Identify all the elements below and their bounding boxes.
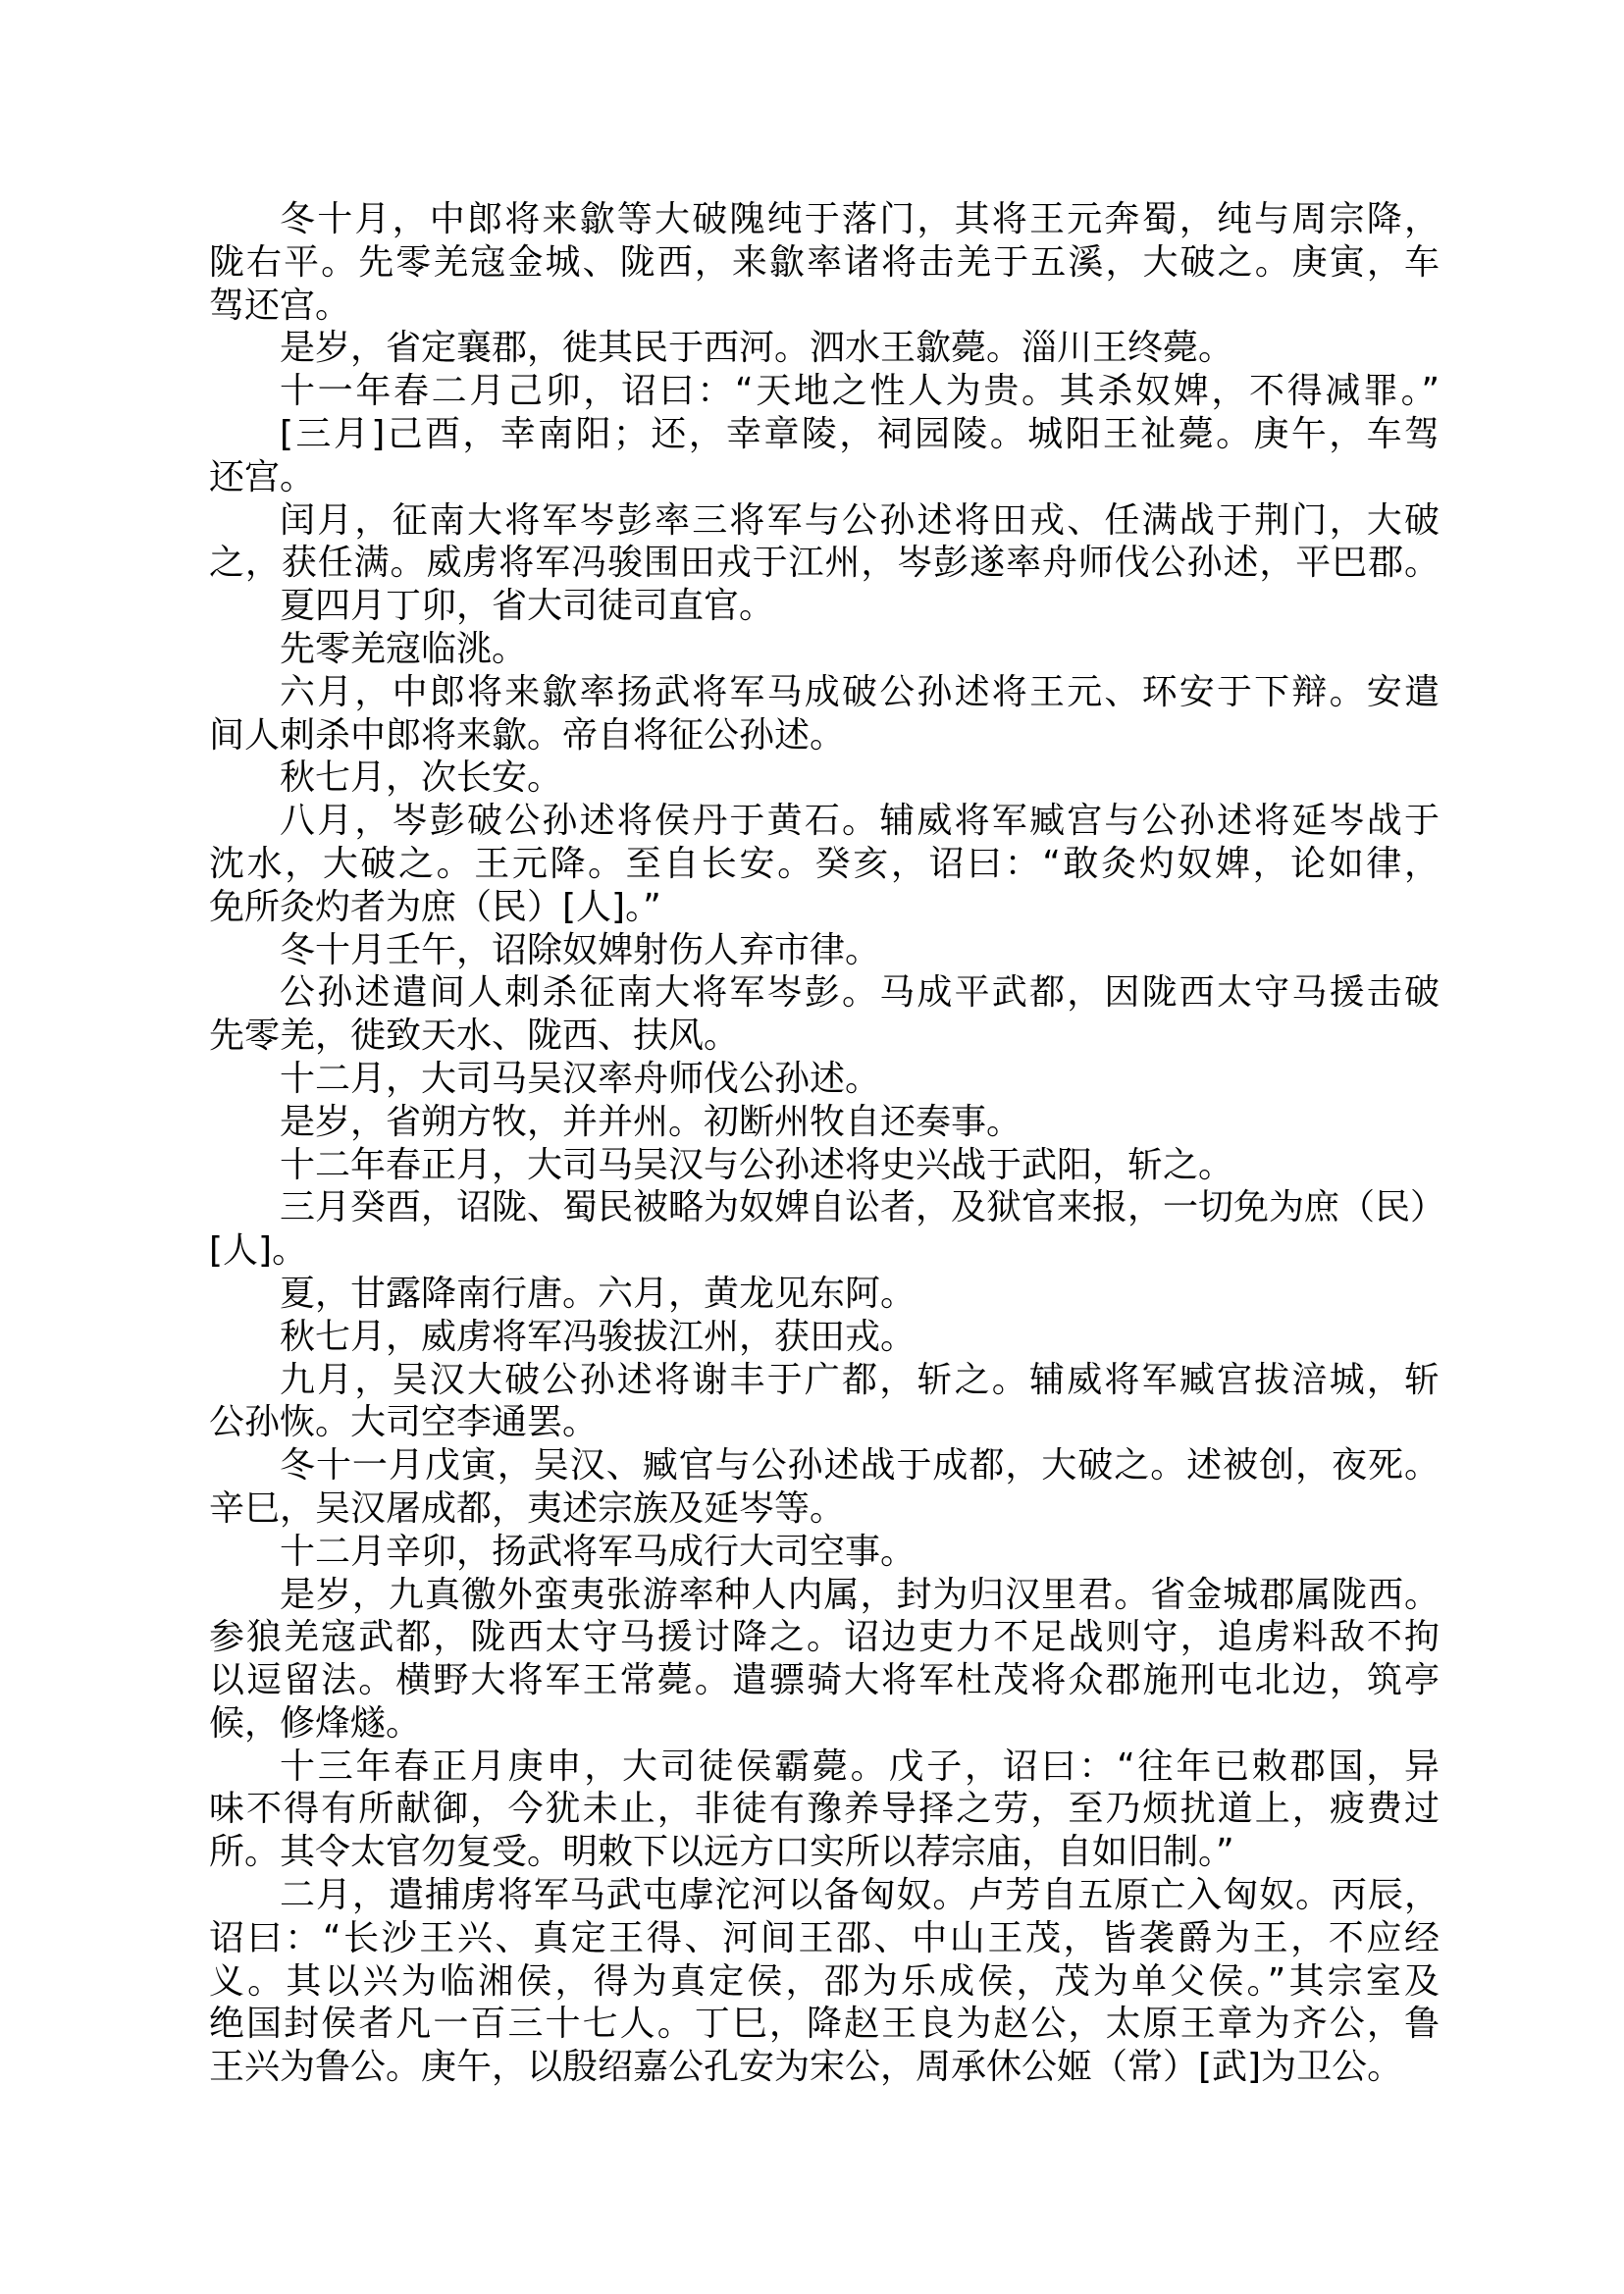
- text-line: 义。其以兴为临湘侯，得为真定侯，邵为乐成侯，茂为单父侯。”其宗室及: [209, 1960, 1440, 2004]
- text-line: 冬十月，中郎将来歙等大破隗纯于落门，其将王元奔蜀，纯与周宗降，: [209, 198, 1440, 241]
- text-line: 陇右平。先零羌寇金城、陇西，来歙率诸将击羌于五溪，大破之。庚寅，车: [209, 241, 1440, 285]
- text-line: 是岁，省朔方牧，并并州。初断州牧自还奏事。: [209, 1101, 1440, 1144]
- text-line: 闰月，征南大将军岑彭率三将军与公孙述将田戎、任满战于荆门，大破: [209, 499, 1440, 543]
- text-line: [三月]己酉，幸南阳；还，幸章陵，祠园陵。城阳王祉薨。庚午，车驾: [209, 413, 1440, 456]
- text-line: 十二年春正月，大司马吴汉与公孙述将史兴战于武阳，斩之。: [209, 1144, 1440, 1187]
- text-line: 秋七月，次长安。: [209, 756, 1440, 800]
- text-line: 以逗留法。横野大将军王常薨。遣骠骑大将军杜茂将众郡施刑屯北边，筑亭: [209, 1659, 1440, 1702]
- document-page: 冬十月，中郎将来歙等大破隗纯于落门，其将王元奔蜀，纯与周宗降，陇右平。先零羌寇金…: [0, 0, 1624, 2294]
- text-line: 六月，中郎将来歙率扬武将军马成破公孙述将王元、环安于下辩。安遣: [209, 671, 1440, 714]
- text-line: 冬十月壬午，诏除奴婢射伤人弃市律。: [209, 929, 1440, 972]
- text-line: 三月癸酉，诏陇、蜀民被略为奴婢自讼者，及狱官来报，一切免为庶（民）: [209, 1186, 1440, 1229]
- text-line: 味不得有所献御，今犹未止，非徒有豫养导择之劳，至乃烦扰道上，疲费过: [209, 1788, 1440, 1831]
- text-line: 十二月，大司马吴汉率舟师伐公孙述。: [209, 1058, 1440, 1101]
- text-line: 公孙述遣间人刺杀征南大将军岑彭。马成平武都，因陇西太守马援击破: [209, 971, 1440, 1015]
- text-line: 免所灸灼者为庶（民）[人]。”: [209, 886, 1440, 929]
- text-line: 八月，岑彭破公孙述将侯丹于黄石。辅威将军臧宫与公孙述将延岑战于: [209, 800, 1440, 843]
- text-line: [人]。: [209, 1229, 1440, 1273]
- text-line: 诏曰：“长沙王兴、真定王得、河间王邵、中山王茂，皆袭爵为王，不应经: [209, 1917, 1440, 1960]
- text-line: 参狼羌寇武都，陇西太守马援讨降之。诏边吏力不足战则守，追虏料敌不拘: [209, 1616, 1440, 1659]
- text-line: 夏，甘露降南行唐。六月，黄龙见东阿。: [209, 1273, 1440, 1316]
- text-line: 十二月辛卯，扬武将军马成行大司空事。: [209, 1531, 1440, 1574]
- text-line: 还宫。: [209, 456, 1440, 499]
- text-line: 先零羌，徙致天水、陇西、扶风。: [209, 1015, 1440, 1058]
- text-line: 夏四月丁卯，省大司徒司直官。: [209, 585, 1440, 628]
- text-line: 绝国封侯者凡一百三十七人。丁巳，降赵王良为赵公，太原王章为齐公，鲁: [209, 2003, 1440, 2046]
- document-text: 冬十月，中郎将来歙等大破隗纯于落门，其将王元奔蜀，纯与周宗降，陇右平。先零羌寇金…: [209, 198, 1440, 2089]
- text-line: 九月，吴汉大破公孙述将谢丰于广都，斩之。辅威将军臧宫拔涪城，斩: [209, 1359, 1440, 1402]
- text-line: 之，获任满。威虏将军冯骏围田戎于江州，岑彭遂率舟师伐公孙述，平巴郡。: [209, 542, 1440, 585]
- text-line: 冬十一月戊寅，吴汉、臧官与公孙述战于成都，大破之。述被创，夜死。: [209, 1444, 1440, 1487]
- text-line: 二月，遣捕虏将军马武屯虖沱河以备匈奴。卢芳自五原亡入匈奴。丙辰，: [209, 1874, 1440, 1917]
- text-line: 是岁，九真徼外蛮夷张游率种人内属，封为归汉里君。省金城郡属陇西。: [209, 1574, 1440, 1617]
- text-line: 驾还宫。: [209, 285, 1440, 328]
- text-line: 辛巳，吴汉屠成都，夷述宗族及延岑等。: [209, 1487, 1440, 1531]
- text-line: 间人刺杀中郎将来歙。帝自将征公孙述。: [209, 714, 1440, 757]
- text-line: 王兴为鲁公。庚午，以殷绍嘉公孔安为宋公，周承休公姬（常）[武]为卫公。: [209, 2046, 1440, 2089]
- text-line: 十一年春二月己卯，诏曰：“天地之性人为贵。其杀奴婢，不得减罪。”: [209, 370, 1440, 413]
- text-line: 是岁，省定襄郡，徙其民于西河。泗水王歙薨。淄川王终薨。: [209, 327, 1440, 370]
- text-line: 沈水，大破之。王元降。至自长安。癸亥，诏曰：“敢灸灼奴婢，论如律，: [209, 843, 1440, 886]
- text-line: 公孙恢。大司空李通罢。: [209, 1401, 1440, 1444]
- text-line: 候，修烽燧。: [209, 1702, 1440, 1746]
- text-line: 所。其令太官勿复受。明敕下以远方口实所以荐宗庙，自如旧制。”: [209, 1831, 1440, 1874]
- text-line: 先零羌寇临洮。: [209, 628, 1440, 671]
- text-line: 十三年春正月庚申，大司徒侯霸薨。戊子，诏曰：“往年已敕郡国，异: [209, 1746, 1440, 1789]
- text-line: 秋七月，威虏将军冯骏拔江州，获田戎。: [209, 1316, 1440, 1359]
